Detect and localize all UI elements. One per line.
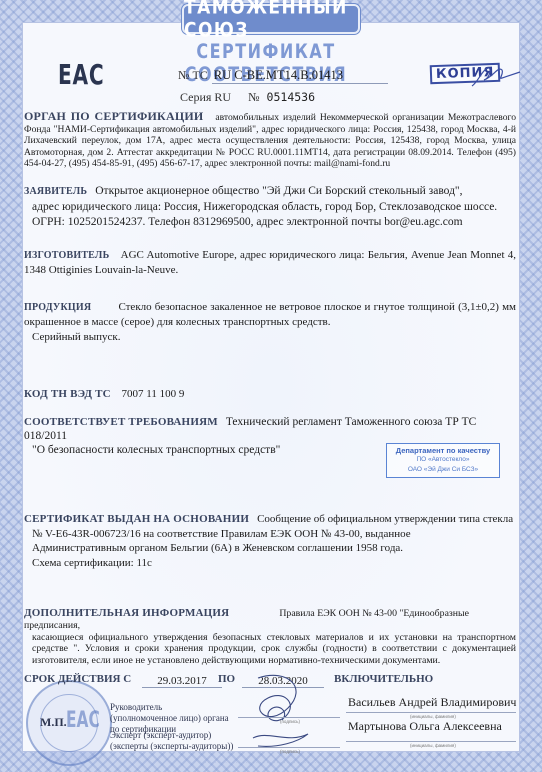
certificate-number: № ТС RU C-BE.MT14.B.01413 <box>178 68 388 84</box>
product-release: Серийный выпуск. <box>24 330 516 345</box>
manufacturer-section: ИЗГОТОВИТЕЛЬ AGC Automotive Europe, адре… <box>24 248 516 278</box>
dept-stamp-line-3: ОАО «Эй Джи Си БСЗ» <box>387 465 499 475</box>
applicant-heading: ЗАЯВИТЕЛЬ <box>24 186 87 197</box>
head-signature-caption: (подпись) <box>280 719 300 724</box>
applicant-section: ЗАЯВИТЕЛЬОткрытое акционерное общество "… <box>24 184 516 231</box>
series-row: Серия RU № 0514536 <box>180 90 315 105</box>
certification-body-section: ОРГАН ПО СЕРТИФИКАЦИИ автомобильных изде… <box>24 111 516 170</box>
footer-fine-print: · · · · · · · · · · · · · · · · · · · · … <box>0 752 542 772</box>
head-name-line <box>346 712 516 713</box>
applicant-line-1: Открытое акционерное общество "Эй Джи Си… <box>95 185 462 197</box>
customs-union-banner: ТАМОЖЕННЫЙ СОЮЗ <box>182 4 360 34</box>
issued-basis-line-2: № V-E6-43R-006723/16 на соответствие Пра… <box>24 527 516 542</box>
issued-basis-section: СЕРТИФИКАТ ВЫДАН НА ОСНОВАНИИСообщение о… <box>24 512 516 570</box>
certification-body-heading: ОРГАН ПО СЕРТИФИКАЦИИ <box>24 109 203 123</box>
customs-union-text: ТАМОЖЕННЫЙ СОЮЗ <box>184 0 358 42</box>
applicant-line-2: адрес юридического лица: Россия, Нижегор… <box>24 200 516 216</box>
certificate-number-value: RU C-BE.MT14.B.01413 <box>212 68 388 84</box>
series-number: 0514536 <box>267 90 315 104</box>
seal-eac-icon: ЕАС <box>66 708 100 733</box>
certificate-page: ТАМОЖЕННЫЙ СОЮЗ ЕАС СЕРТИФИКАТ СООТВЕТСТ… <box>0 0 542 772</box>
issued-basis-line-3: Административным органом Бельгии (6А) в … <box>24 541 516 556</box>
head-signature-line <box>238 717 340 718</box>
footer-fine-print-text: · · · · · · · · · · · · · · · · · · · · … <box>205 760 338 765</box>
product-heading: ПРОДУКЦИЯ <box>24 302 91 313</box>
issued-basis-line-1: Сообщение об официальном утверждении тип… <box>257 513 513 525</box>
signatories-block: Руководитель (уполномоченное лицо) орган… <box>110 695 520 755</box>
expert-role-label: Эксперт (эксперт-аудитор) (эксперты (экс… <box>110 730 240 752</box>
head-name: Васильев Андрей Владимирович <box>348 695 516 710</box>
copy-signature-icon <box>468 62 522 90</box>
eac-logo-icon: ЕАС <box>58 60 87 90</box>
certificate-number-label: № ТС <box>178 68 208 83</box>
tn-ved-code-value: 7007 11 100 9 <box>122 388 185 400</box>
expert-name-caption: (инициалы, фамилия) <box>410 743 456 748</box>
dept-stamp-line-2: ПО «Автостекло» <box>387 455 499 465</box>
expert-signature-line <box>238 747 340 748</box>
product-section: ПРОДУКЦИЯ Стекло безопасное закаленное н… <box>24 300 516 345</box>
issued-basis-line-4: Схема сертификации: 11с <box>24 556 516 571</box>
tn-ved-code-heading: КОД ТН ВЭД ТС <box>24 388 111 400</box>
validity-inclusive-label: ВКЛЮЧИТЕЛЬНО <box>334 673 433 685</box>
expert-name: Мартынова Ольга Алексеевна <box>348 719 502 734</box>
conforms-heading: СООТВЕТСТВУЕТ ТРЕБОВАНИЯМ <box>24 416 218 428</box>
issued-basis-heading: СЕРТИФИКАТ ВЫДАН НА ОСНОВАНИИ <box>24 513 249 525</box>
additional-info-text: касающиеся официального утверждения безо… <box>24 632 516 667</box>
tn-ved-code-section: КОД ТН ВЭД ТС 7007 11 100 9 <box>24 388 516 402</box>
expert-name-line <box>346 741 516 742</box>
series-label: Серия RU <box>180 90 231 104</box>
seal-mp-label: М.П. <box>40 715 67 730</box>
product-text: Стекло безопасное закаленное не ветровое… <box>24 301 516 328</box>
additional-info-section: ДОПОЛНИТЕЛЬНАЯ ИНФОРМАЦИЯПравила ЕЭК ООН… <box>24 608 516 667</box>
quality-department-stamp: Департамент по качеству ПО «Автостекло» … <box>386 443 500 478</box>
applicant-line-3: ОГРН: 1025201524237. Телефон 8312969500,… <box>24 215 516 231</box>
additional-info-heading: ДОПОЛНИТЕЛЬНАЯ ИНФОРМАЦИЯ <box>24 607 229 619</box>
series-number-label: № <box>248 90 259 104</box>
validity-heading: СРОК ДЕЙСТВИЯ С <box>24 673 131 685</box>
manufacturer-heading: ИЗГОТОВИТЕЛЬ <box>24 250 109 261</box>
dept-stamp-line-1: Департамент по качеству <box>387 446 499 455</box>
validity-from-date: 29.03.2017 <box>142 675 222 688</box>
